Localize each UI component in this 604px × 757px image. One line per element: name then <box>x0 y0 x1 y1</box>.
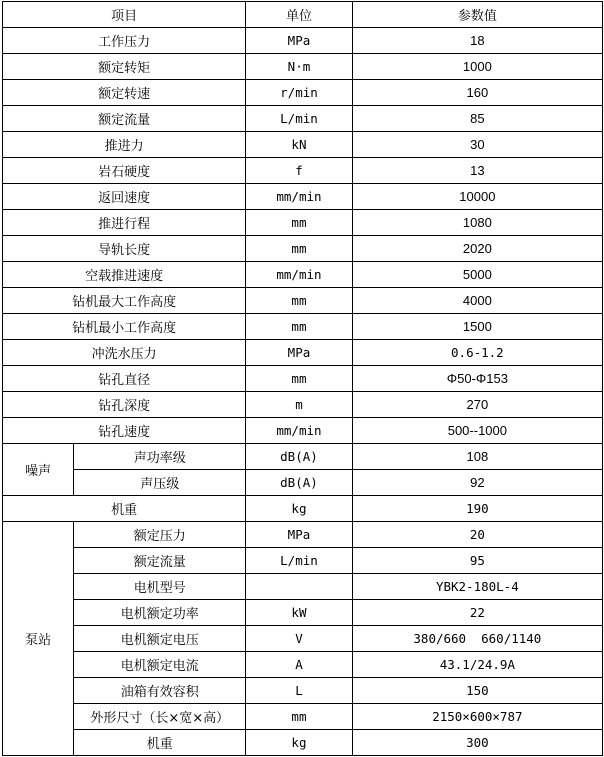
unit-cell: kW <box>246 600 353 626</box>
item-cell: 冲洗水压力 <box>3 340 246 366</box>
value-cell: 0.6-1.2 <box>352 340 602 366</box>
table-row: 返回速度mm/min10000 <box>3 184 603 210</box>
item-cell: 额定转矩 <box>3 54 246 80</box>
unit-cell: mm/min <box>246 418 353 444</box>
pump-row: 电机额定功率kW22 <box>3 600 603 626</box>
pump-row: 额定流量L/min95 <box>3 548 603 574</box>
header-row: 项目 单位 参数值 <box>3 2 603 28</box>
value-cell: 2150×600×787 <box>352 704 602 730</box>
table-row: 钻孔速度mm/min500--1000 <box>3 418 603 444</box>
unit-cell: A <box>246 652 353 678</box>
item-cell: 机重 <box>74 730 246 756</box>
unit-cell: L <box>246 678 353 704</box>
unit-cell: kN <box>246 132 353 158</box>
pump-row: 电机型号YBK2-180L-4 <box>3 574 603 600</box>
item-cell: 钻孔深度 <box>3 392 246 418</box>
unit-cell: mm/min <box>246 184 353 210</box>
unit-cell <box>246 574 353 600</box>
header-value: 参数值 <box>352 2 602 28</box>
item-cell: 电机额定电流 <box>74 652 246 678</box>
unit-cell: dB(A) <box>246 470 353 496</box>
unit-cell: r/min <box>246 80 353 106</box>
value-cell: 18 <box>352 28 602 54</box>
item-cell: 外形尺寸（长×宽×高） <box>74 704 246 730</box>
value-cell: 30 <box>352 132 602 158</box>
unit-cell: N·m <box>246 54 353 80</box>
value-cell: 1500 <box>352 314 602 340</box>
value-cell: 4000 <box>352 288 602 314</box>
table-row: 钻机最大工作高度mm4000 <box>3 288 603 314</box>
item-cell: 电机额定功率 <box>74 600 246 626</box>
value-cell: 300 <box>352 730 602 756</box>
unit-cell: mm/min <box>246 262 353 288</box>
table-row: 冲洗水压力MPa0.6-1.2 <box>3 340 603 366</box>
value-cell: 270 <box>352 392 602 418</box>
header-unit: 单位 <box>246 2 353 28</box>
unit-cell: mm <box>246 236 353 262</box>
unit-cell: MPa <box>246 340 353 366</box>
table-row: 额定转速r/min160 <box>3 80 603 106</box>
value-cell: 10000 <box>352 184 602 210</box>
pump-row: 外形尺寸（长×宽×高）mm2150×600×787 <box>3 704 603 730</box>
unit-cell: V <box>246 626 353 652</box>
item-cell: 返回速度 <box>3 184 246 210</box>
item-cell: 钻机最小工作高度 <box>3 314 246 340</box>
item-cell: 推进行程 <box>3 210 246 236</box>
pump-station-group-label: 泵站 <box>3 522 74 756</box>
item-cell: 电机额定电压 <box>74 626 246 652</box>
table-row: 岩石硬度f13 <box>3 158 603 184</box>
noise-row: 噪声 声功率级 dB(A) 108 <box>3 444 603 470</box>
item-cell: 工作压力 <box>3 28 246 54</box>
item-cell: 机重 <box>3 496 246 522</box>
value-cell: Φ50-Φ153 <box>352 366 602 392</box>
value-cell: 20 <box>352 522 602 548</box>
value-cell: 5000 <box>352 262 602 288</box>
value-cell: 43.1/24.9A <box>352 652 602 678</box>
item-cell: 钻孔速度 <box>3 418 246 444</box>
item-cell: 额定流量 <box>74 548 246 574</box>
unit-cell: dB(A) <box>246 444 353 470</box>
item-cell: 声功率级 <box>74 444 246 470</box>
table-row: 空载推进速度mm/min5000 <box>3 262 603 288</box>
unit-cell: m <box>246 392 353 418</box>
unit-cell: MPa <box>246 522 353 548</box>
value-cell: 190 <box>352 496 602 522</box>
unit-cell: L/min <box>246 106 353 132</box>
item-cell: 额定压力 <box>74 522 246 548</box>
unit-cell: MPa <box>246 28 353 54</box>
unit-cell: kg <box>246 496 353 522</box>
item-cell: 岩石硬度 <box>3 158 246 184</box>
value-cell: 1000 <box>352 54 602 80</box>
value-cell: 380/660 660/1140 <box>352 626 602 652</box>
value-cell: 92 <box>352 470 602 496</box>
value-cell: 160 <box>352 80 602 106</box>
table-row: 钻机最小工作高度mm1500 <box>3 314 603 340</box>
table-row: 钻孔直径mmΦ50-Φ153 <box>3 366 603 392</box>
pump-row: 油箱有效容积L150 <box>3 678 603 704</box>
table-row: 推进力kN30 <box>3 132 603 158</box>
unit-cell: L/min <box>246 548 353 574</box>
table-row: 额定流量L/min85 <box>3 106 603 132</box>
item-cell: 推进力 <box>3 132 246 158</box>
noise-row: 声压级 dB(A) 92 <box>3 470 603 496</box>
value-cell: 150 <box>352 678 602 704</box>
item-cell: 导轨长度 <box>3 236 246 262</box>
value-cell: YBK2-180L-4 <box>352 574 602 600</box>
noise-group-label: 噪声 <box>3 444 74 496</box>
value-cell: 85 <box>352 106 602 132</box>
item-cell: 声压级 <box>74 470 246 496</box>
value-cell: 500--1000 <box>352 418 602 444</box>
table-row: 钻孔深度m270 <box>3 392 603 418</box>
item-cell: 空载推进速度 <box>3 262 246 288</box>
item-cell: 额定流量 <box>3 106 246 132</box>
item-cell: 电机型号 <box>74 574 246 600</box>
item-cell: 钻机最大工作高度 <box>3 288 246 314</box>
unit-cell: mm <box>246 314 353 340</box>
table-row: 导轨长度mm2020 <box>3 236 603 262</box>
spec-table: 项目 单位 参数值 工作压力MPa18 额定转矩N·m1000 额定转速r/mi… <box>2 1 603 756</box>
table-row: 额定转矩N·m1000 <box>3 54 603 80</box>
unit-cell: mm <box>246 288 353 314</box>
pump-row: 泵站 额定压力 MPa 20 <box>3 522 603 548</box>
value-cell: 95 <box>352 548 602 574</box>
unit-cell: kg <box>246 730 353 756</box>
pump-row: 机重kg300 <box>3 730 603 756</box>
table-row: 工作压力MPa18 <box>3 28 603 54</box>
value-cell: 2020 <box>352 236 602 262</box>
pump-row: 电机额定电压V380/660 660/1140 <box>3 626 603 652</box>
machine-weight-row: 机重 kg 190 <box>3 496 603 522</box>
unit-cell: mm <box>246 704 353 730</box>
item-cell: 钻孔直径 <box>3 366 246 392</box>
unit-cell: mm <box>246 210 353 236</box>
value-cell: 1080 <box>352 210 602 236</box>
item-cell: 额定转速 <box>3 80 246 106</box>
value-cell: 22 <box>352 600 602 626</box>
unit-cell: f <box>246 158 353 184</box>
value-cell: 13 <box>352 158 602 184</box>
header-item: 项目 <box>3 2 246 28</box>
item-cell: 油箱有效容积 <box>74 678 246 704</box>
table-row: 推进行程mm1080 <box>3 210 603 236</box>
unit-cell: mm <box>246 366 353 392</box>
pump-row: 电机额定电流A43.1/24.9A <box>3 652 603 678</box>
value-cell: 108 <box>352 444 602 470</box>
